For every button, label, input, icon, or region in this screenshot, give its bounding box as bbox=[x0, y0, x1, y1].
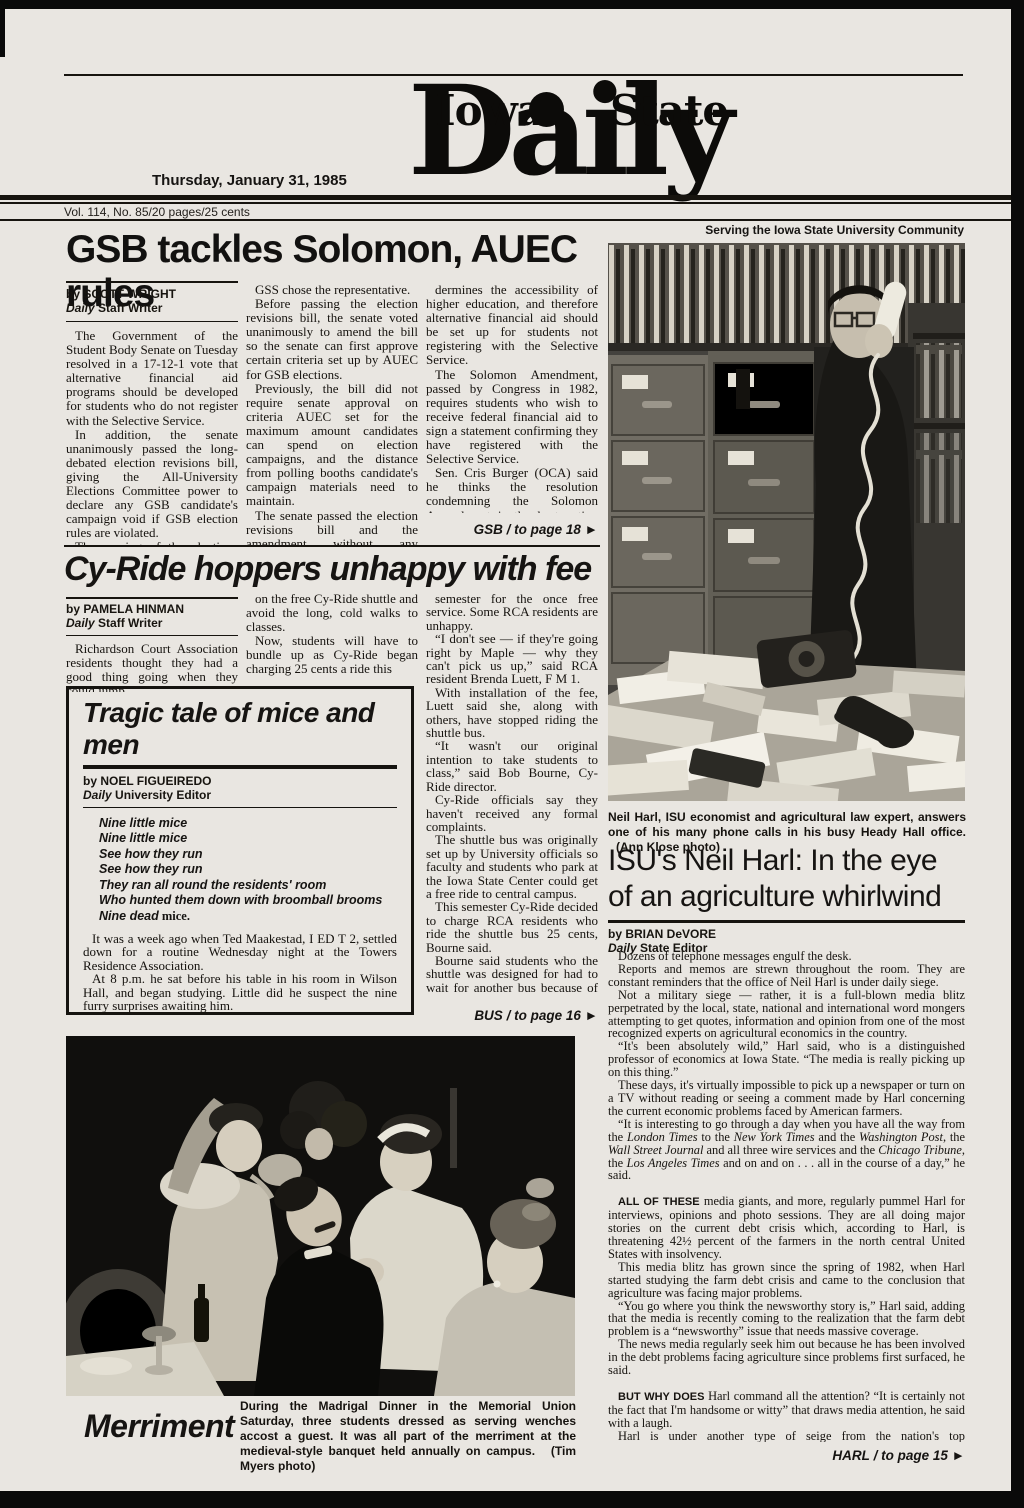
cyride-column-1: Richardson Court Association residents t… bbox=[66, 642, 238, 692]
cyride-byline-rule-top bbox=[66, 597, 238, 599]
cyride-paragraph: The shuttle bus was originally set up by… bbox=[426, 833, 598, 900]
gsb-paragraph: The Government of the Student Body Senat… bbox=[66, 329, 238, 428]
poem-line: See how they run bbox=[99, 847, 397, 863]
mice-paragraph: At 8 p.m. he sat before his table in his… bbox=[83, 972, 397, 1013]
cyride-paragraph: Bourne said students who the shuttle was… bbox=[426, 954, 598, 992]
masthead-tagline: Serving the Iowa State University Commun… bbox=[705, 223, 964, 237]
gsb-byline: by SCOTT WRIGHT Daily Staff Writer bbox=[66, 287, 238, 315]
volume-line: Vol. 114, No. 85/20 pages/25 cents bbox=[64, 205, 250, 219]
masthead-date: Thursday, January 31, 1985 bbox=[152, 172, 347, 189]
merriment-caption: During the Madrigal Dinner in the Memori… bbox=[240, 1399, 576, 1474]
hand bbox=[865, 324, 893, 358]
scan-edge-left bbox=[0, 9, 5, 57]
gsb-paragraph: Previously, the bill did not require sen… bbox=[246, 382, 418, 509]
gsb-paragraph: The senate passed the election revisions… bbox=[246, 509, 418, 546]
cyride-byline: by PAMELA HINMAN Daily Staff Writer bbox=[66, 602, 238, 630]
harl-paragraph: Not a military siege — rather, it is a f… bbox=[608, 989, 965, 1041]
jump-arrow-icon: ► bbox=[585, 1008, 598, 1023]
poem-line: See how they run bbox=[99, 862, 397, 878]
harl-paragraph: “You go where you think the newsworthy s… bbox=[608, 1300, 965, 1339]
harl-paragraph-bold-lead: ALL OF THESE media giants, and more, reg… bbox=[608, 1195, 965, 1261]
gsb-byline-title: Daily Staff Writer bbox=[66, 301, 238, 315]
poem-line: Nine little mice bbox=[99, 831, 397, 847]
masthead-logo-dot-icon bbox=[529, 92, 564, 127]
jump-arrow-icon: ► bbox=[585, 522, 598, 537]
cyride-paragraph: “It wasn't our original intention to tak… bbox=[426, 739, 598, 793]
cyride-paragraph: semester for the once free service. Some… bbox=[426, 592, 598, 632]
masthead-logo-iowa: Iowa bbox=[436, 90, 543, 132]
harl-body: Dozens of telephone messages engulf the … bbox=[608, 950, 965, 1442]
gsb-jump-line: GSB / to page 18 ► bbox=[426, 522, 598, 537]
gsb-byline-rule-bottom bbox=[66, 321, 238, 322]
mice-byline-title: Daily University Editor bbox=[83, 788, 397, 802]
cyride-paragraph: “I don't see — if they're going right by… bbox=[426, 632, 598, 686]
cyride-jump-line: BUS / to page 16 ► bbox=[426, 1008, 598, 1023]
poem-line: Who hunted them down with broomball broo… bbox=[99, 893, 397, 909]
masthead-thick-rule bbox=[0, 195, 1011, 200]
harl-office-photo-art bbox=[608, 243, 965, 801]
mice-byline-rule bbox=[83, 807, 397, 808]
gsb-paragraph: dermines the accessibility of higher edu… bbox=[426, 283, 598, 368]
newspaper-front-page: Daily Iowa State Thursday, January 31, 1… bbox=[0, 0, 1024, 1508]
mice-byline: by NOEL FIGUEIREDO Daily University Edit… bbox=[83, 774, 397, 802]
madrigal-dinner-photo-art bbox=[66, 1036, 575, 1396]
cyride-column-2: on the free Cy-Ride shuttle and avoid th… bbox=[246, 592, 418, 682]
cyride-byline-title: Daily Staff Writer bbox=[66, 616, 238, 630]
harl-paragraph-bold-lead: BUT WHY DOES Harl command all the attent… bbox=[608, 1390, 965, 1430]
scan-edge-bottom bbox=[0, 1491, 1024, 1508]
cyride-headline: Cy-Ride hoppers unhappy with fee bbox=[64, 550, 604, 589]
cyride-paragraph: Now, students will have to bundle up as … bbox=[246, 634, 418, 676]
gsb-byline-rule-top bbox=[66, 281, 238, 283]
harl-paragraph: Reports and memos are strewn throughout … bbox=[608, 963, 965, 989]
harl-paragraph: Harl is under another type of seige from… bbox=[608, 1430, 965, 1442]
mice-byline-name: by NOEL FIGUEIREDO bbox=[83, 774, 397, 788]
harl-paragraph-newspapers: “It is interesting to go through a day w… bbox=[608, 1118, 965, 1183]
harl-office-photo bbox=[608, 243, 965, 801]
harl-paragraph: “It's been absolutely wild,” Harl said, … bbox=[608, 1040, 965, 1079]
gsb-paragraph: GSS chose the representative. bbox=[246, 283, 418, 297]
poem-line: Nine dead mice. bbox=[99, 909, 397, 925]
mice-paragraph: It was a week ago when Ted Maakestad, I … bbox=[83, 932, 397, 973]
gsb-paragraph: The Solomon Amendment, passed by Congres… bbox=[426, 368, 598, 467]
harl-paragraph: These days, it's virtually impossible to… bbox=[608, 1079, 965, 1118]
cyride-top-rule bbox=[64, 545, 600, 547]
cyride-paragraph: With installation of the fee, Luett said… bbox=[426, 686, 598, 740]
gsb-column-2: GSS chose the representative. Before pas… bbox=[246, 283, 418, 545]
jump-arrow-icon: ► bbox=[952, 1448, 965, 1463]
gsb-paragraph: Before passing the election revisions bi… bbox=[246, 297, 418, 382]
mice-article-box: Tragic tale of mice and men by NOEL FIGU… bbox=[66, 686, 414, 1015]
cyride-byline-name: by PAMELA HINMAN bbox=[66, 602, 238, 616]
harl-byline-rule-top bbox=[608, 920, 965, 923]
harl-jump-line: HARL / to page 15 ► bbox=[790, 1448, 965, 1463]
gsb-column-3: dermines the accessibility of higher edu… bbox=[426, 283, 598, 513]
harl-paragraph: This media blitz has grown since the spr… bbox=[608, 1261, 965, 1300]
merriment-label: Merriment bbox=[84, 1408, 234, 1445]
harl-paragraph: Dozens of telephone messages engulf the … bbox=[608, 950, 965, 963]
mice-body: It was a week ago when Ted Maakestad, I … bbox=[83, 932, 397, 1015]
cyride-column-3: semester for the once free service. Some… bbox=[426, 592, 598, 992]
poem-line: Nine little mice bbox=[99, 816, 397, 832]
cyride-paragraph: Richardson Court Association residents t… bbox=[66, 642, 238, 692]
harl-byline-name: by BRIAN DeVORE bbox=[608, 927, 808, 941]
cyride-byline-rule-bottom bbox=[66, 635, 238, 636]
mice-poem: Nine little mice Nine little mice See ho… bbox=[99, 816, 397, 925]
mice-headline: Tragic tale of mice and men bbox=[83, 697, 397, 761]
mice-headline-rule bbox=[83, 765, 397, 769]
gsb-paragraph: In addition, the senate unanimously pass… bbox=[66, 428, 238, 541]
cyride-paragraph: This semester Cy-Ride decided to charge … bbox=[426, 900, 598, 954]
scan-edge-top bbox=[0, 0, 1024, 9]
cyride-paragraph: Cy-Ride officials say they haven't recei… bbox=[426, 793, 598, 833]
masthead-logo-state: State bbox=[610, 90, 728, 132]
folio-rule bbox=[0, 219, 1011, 221]
gsb-byline-name: by SCOTT WRIGHT bbox=[66, 287, 238, 301]
harl-paragraph: The news media regularly seek him out be… bbox=[608, 1338, 965, 1377]
gsb-column-1: The Government of the Student Body Senat… bbox=[66, 329, 238, 545]
mice-paragraph: His roommate Ron Daye, Agron 4, was at H… bbox=[83, 1013, 397, 1015]
masthead-thin-rule bbox=[0, 202, 1011, 204]
madrigal-dinner-photo bbox=[66, 1036, 575, 1396]
harl-headline: ISU's Neil Harl: In the eye of an agricu… bbox=[608, 843, 968, 915]
gsb-paragraph: Sen. Cris Burger (OCA) said he thinks th… bbox=[426, 466, 598, 513]
scan-edge-right bbox=[1011, 0, 1024, 1508]
cyride-paragraph: on the free Cy-Ride shuttle and avoid th… bbox=[246, 592, 418, 634]
poem-line: They ran all round the residents' room bbox=[99, 878, 397, 894]
